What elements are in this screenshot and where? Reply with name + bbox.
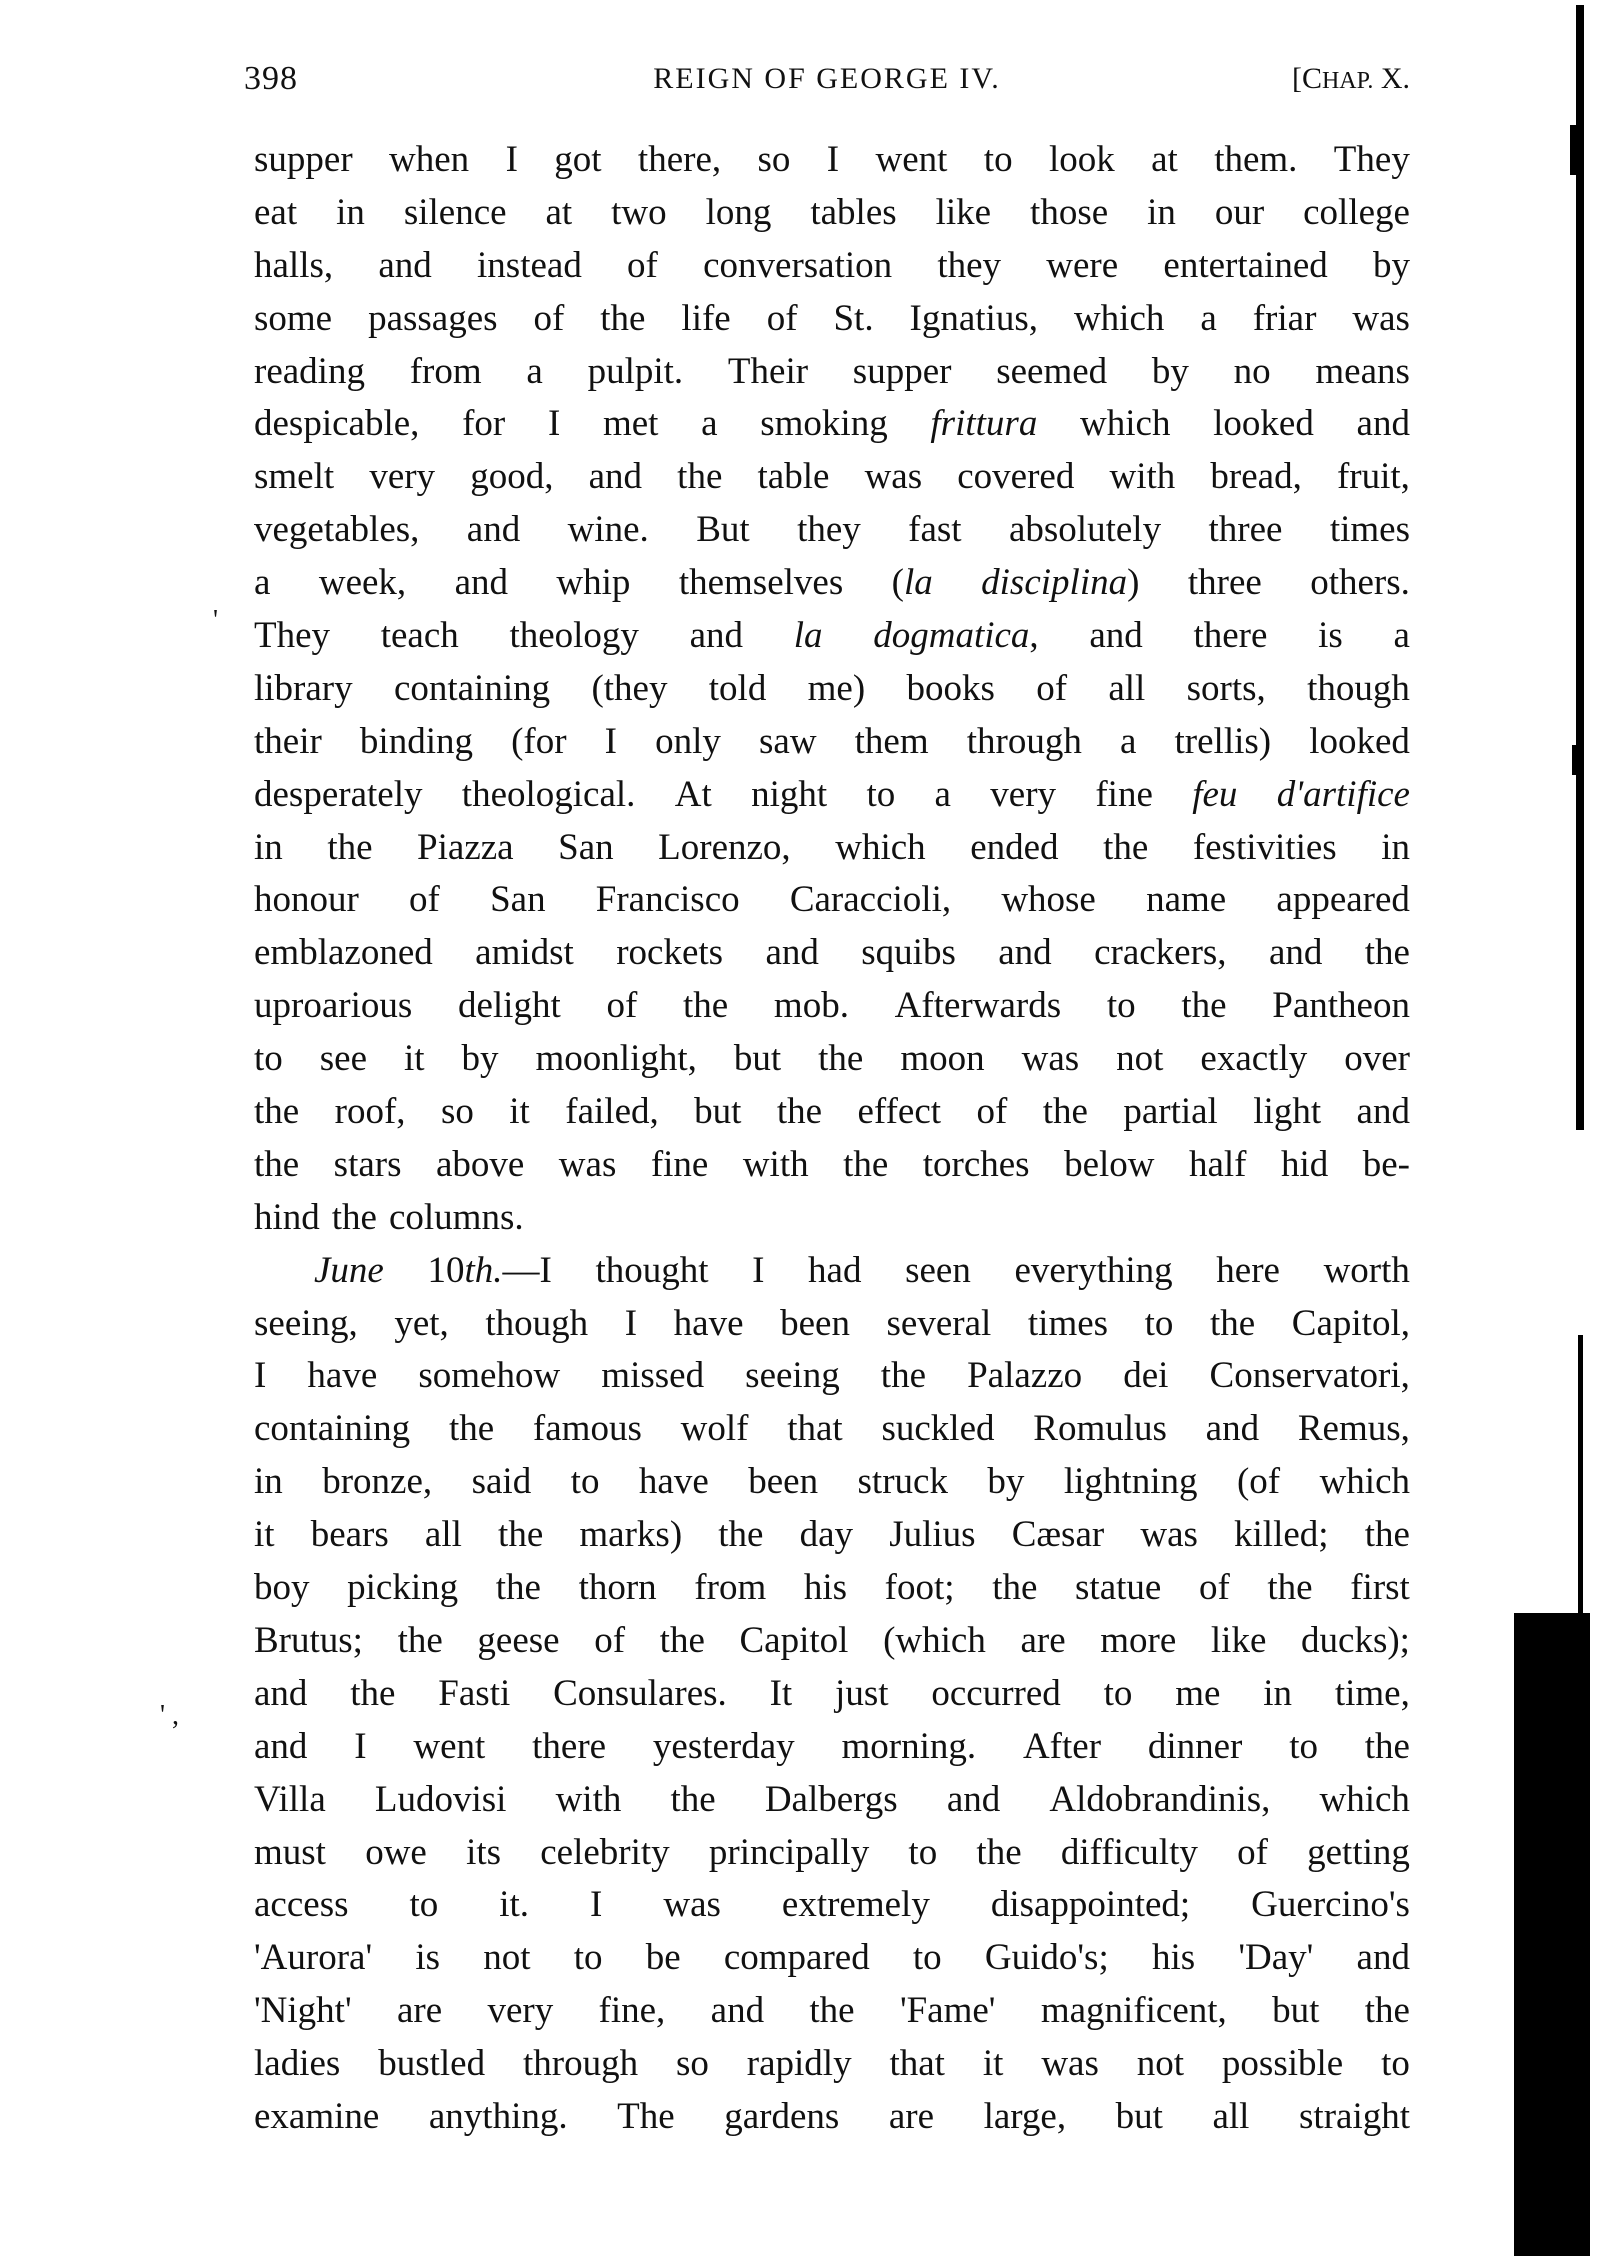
word: supper bbox=[853, 346, 952, 399]
word: which bbox=[1319, 1774, 1409, 1827]
text-line: inbronze,saidtohavebeenstruckbylightning… bbox=[254, 1456, 1410, 1509]
word: met bbox=[603, 398, 658, 451]
word: seemed bbox=[996, 346, 1107, 399]
word: the bbox=[818, 1033, 863, 1086]
word: the bbox=[992, 1562, 1037, 1615]
word: there, bbox=[638, 134, 721, 187]
word: with bbox=[743, 1139, 809, 1192]
word: I bbox=[605, 716, 617, 769]
word: appeared bbox=[1276, 874, 1410, 927]
word: to bbox=[913, 1932, 942, 1985]
word: the bbox=[677, 451, 722, 504]
word: rapidly bbox=[747, 2038, 852, 2091]
word: to bbox=[574, 1932, 603, 1985]
word: I bbox=[254, 1350, 266, 1403]
word: squibs bbox=[861, 927, 956, 980]
word: the bbox=[843, 1139, 888, 1192]
word: and bbox=[1269, 927, 1322, 980]
word: seeing, bbox=[254, 1298, 358, 1351]
word: the bbox=[350, 1668, 395, 1721]
word: extremely bbox=[782, 1879, 930, 1932]
word: Conservatori, bbox=[1210, 1350, 1410, 1403]
word: Capitol, bbox=[1292, 1298, 1410, 1351]
word: long bbox=[706, 187, 772, 240]
word: whip bbox=[556, 557, 630, 610]
word: of bbox=[976, 1086, 1007, 1139]
word: thorn bbox=[579, 1562, 657, 1615]
margin-mark: ' , bbox=[160, 1700, 179, 1732]
word: hind bbox=[254, 1192, 320, 1245]
word: San bbox=[558, 822, 614, 875]
word: Lorenzo, bbox=[658, 822, 791, 875]
word: went bbox=[875, 134, 947, 187]
word: them bbox=[855, 716, 929, 769]
text-line: seeing,yet,thoughIhavebeenseveraltimesto… bbox=[254, 1298, 1410, 1351]
word: to bbox=[908, 1827, 937, 1880]
word: saw bbox=[759, 716, 817, 769]
text-line: emblazonedamidstrocketsandsquibsandcrack… bbox=[254, 927, 1410, 980]
word: Palazzo bbox=[967, 1350, 1082, 1403]
word: been bbox=[780, 1298, 850, 1351]
text-line: hindthecolumns. bbox=[254, 1192, 1410, 1245]
word: trellis) bbox=[1175, 716, 1272, 769]
word: killed; bbox=[1234, 1509, 1329, 1562]
word: (they bbox=[591, 663, 667, 716]
word: desperately bbox=[254, 769, 422, 822]
word: night bbox=[751, 769, 827, 822]
page-body-text: supperwhenIgotthere,soIwenttolookatthem.… bbox=[254, 134, 1410, 2144]
word: very bbox=[990, 769, 1056, 822]
word: hid bbox=[1281, 1139, 1328, 1192]
word: fruit, bbox=[1337, 451, 1410, 504]
word: possible bbox=[1222, 2038, 1343, 2091]
word: of bbox=[594, 1615, 625, 1668]
word: wine. bbox=[568, 504, 649, 557]
word: but bbox=[734, 1033, 781, 1086]
word: partial bbox=[1123, 1086, 1218, 1139]
word: of bbox=[1036, 663, 1067, 716]
word: and bbox=[947, 1774, 1000, 1827]
word: rockets bbox=[616, 927, 723, 980]
word: to bbox=[1289, 1721, 1318, 1774]
word: was bbox=[663, 1879, 721, 1932]
chapter-bracket: [C bbox=[1292, 62, 1322, 95]
word: Their bbox=[728, 346, 808, 399]
word: (la bbox=[892, 557, 933, 610]
word: like bbox=[936, 187, 991, 240]
word: several bbox=[887, 1298, 992, 1351]
text-line: 'Night'areveryfine,andthe'Fame'magnifice… bbox=[254, 1985, 1410, 2038]
word: suckled bbox=[881, 1403, 994, 1456]
word: a bbox=[526, 346, 542, 399]
text-line: andtheFastiConsulares.Itjustoccurredtome… bbox=[254, 1668, 1410, 1721]
word: After bbox=[1023, 1721, 1101, 1774]
word: the bbox=[1103, 822, 1148, 875]
word: no bbox=[1234, 346, 1271, 399]
word: disappointed; bbox=[991, 1879, 1190, 1932]
word: principally bbox=[709, 1827, 869, 1880]
word: geese bbox=[477, 1615, 559, 1668]
text-line: examineanything.Thegardensarelarge,butal… bbox=[254, 2091, 1410, 2144]
word: the bbox=[1210, 1298, 1255, 1351]
word: but bbox=[1272, 1985, 1319, 2038]
word: here bbox=[1216, 1245, 1280, 1298]
text-line: librarycontaining(theytoldme)booksofalls… bbox=[254, 663, 1410, 716]
word: moonlight, bbox=[536, 1033, 697, 1086]
word: been bbox=[748, 1456, 818, 1509]
text-line: boypickingthethornfromhisfoot;thestatueo… bbox=[254, 1562, 1410, 1615]
word: have bbox=[639, 1456, 709, 1509]
word: the bbox=[683, 980, 728, 1033]
word: 10th.—I bbox=[427, 1245, 551, 1298]
word: and bbox=[1357, 1086, 1410, 1139]
word: see bbox=[320, 1033, 367, 1086]
chapter-smallcaps: HAP. bbox=[1322, 68, 1373, 94]
word: and bbox=[378, 240, 431, 293]
word: getting bbox=[1307, 1827, 1410, 1880]
word: roof, bbox=[335, 1086, 406, 1139]
word: compared bbox=[724, 1932, 870, 1985]
word: and bbox=[1206, 1403, 1259, 1456]
word: two bbox=[611, 187, 667, 240]
word: not bbox=[483, 1932, 530, 1985]
word: everything bbox=[1014, 1245, 1172, 1298]
word: a bbox=[254, 557, 270, 610]
word: his bbox=[804, 1562, 847, 1615]
word: feu bbox=[1192, 769, 1237, 822]
word: lightning bbox=[1064, 1456, 1198, 1509]
word: there bbox=[532, 1721, 606, 1774]
word: from bbox=[694, 1562, 766, 1615]
word: Guercino's bbox=[1251, 1879, 1410, 1932]
text-line: desperatelytheological.Atnighttoaveryfin… bbox=[254, 769, 1410, 822]
word: though bbox=[485, 1298, 588, 1351]
word: our bbox=[1215, 187, 1264, 240]
word: a bbox=[1120, 716, 1136, 769]
word: themselves bbox=[679, 557, 843, 610]
word: supper bbox=[254, 134, 353, 187]
word: a bbox=[1394, 610, 1410, 663]
word: it bbox=[509, 1086, 530, 1139]
word: very bbox=[369, 451, 435, 504]
word: whose bbox=[1001, 874, 1096, 927]
word: I bbox=[827, 134, 839, 187]
word: have bbox=[307, 1350, 377, 1403]
word: amidst bbox=[475, 927, 574, 980]
word: missed bbox=[601, 1350, 704, 1403]
word: la bbox=[794, 610, 823, 663]
word: the bbox=[600, 293, 645, 346]
word: the bbox=[254, 1086, 299, 1139]
text-line: mustoweitscelebrityprincipallytothediffi… bbox=[254, 1827, 1410, 1880]
word: their bbox=[254, 716, 322, 769]
word: by bbox=[1373, 240, 1410, 293]
text-line: 'Aurora'isnottobecomparedtoGuido's;his'D… bbox=[254, 1932, 1410, 1985]
word: only bbox=[655, 716, 721, 769]
word: which bbox=[835, 822, 925, 875]
word: I bbox=[752, 1245, 764, 1298]
word: Ignatius, bbox=[910, 293, 1038, 346]
chapter-label: [CHAP. X. bbox=[1292, 62, 1410, 96]
word: access bbox=[254, 1879, 349, 1932]
word: I bbox=[590, 1879, 602, 1932]
word: Piazza bbox=[417, 822, 514, 875]
word: times bbox=[1028, 1298, 1108, 1351]
word: told bbox=[709, 663, 767, 716]
text-line: accesstoit.Iwasextremelydisappointed;Gue… bbox=[254, 1879, 1410, 1932]
word: they bbox=[937, 240, 1001, 293]
word: to bbox=[254, 1033, 283, 1086]
word: vegetables, bbox=[254, 504, 419, 557]
word: good, bbox=[470, 451, 553, 504]
word: eat bbox=[254, 187, 297, 240]
word: it. bbox=[499, 1879, 529, 1932]
word: honour bbox=[254, 874, 359, 927]
word: the bbox=[496, 1562, 541, 1615]
word: binding bbox=[360, 716, 473, 769]
chapter-numeral: X. bbox=[1373, 62, 1410, 95]
word: festivities bbox=[1193, 822, 1337, 875]
word: his bbox=[1152, 1932, 1195, 1985]
word: large, bbox=[984, 2091, 1067, 2144]
word: somehow bbox=[418, 1350, 560, 1403]
word: in bbox=[336, 187, 365, 240]
word: are bbox=[397, 1985, 442, 2038]
word: those bbox=[1030, 187, 1108, 240]
word: teach bbox=[381, 610, 459, 663]
word: Consulares. bbox=[553, 1668, 727, 1721]
word: Ludovisi bbox=[375, 1774, 507, 1827]
word: instead bbox=[477, 240, 582, 293]
word: by bbox=[1152, 346, 1189, 399]
word: to bbox=[1107, 980, 1136, 1033]
text-line: itbearsallthemarks)thedayJuliusCæsarwask… bbox=[254, 1509, 1410, 1562]
word: through bbox=[967, 716, 1082, 769]
word: the bbox=[1365, 1721, 1410, 1774]
word: Guido's; bbox=[985, 1932, 1109, 1985]
word: in bbox=[254, 1456, 283, 1509]
word: for bbox=[462, 398, 505, 451]
word: that bbox=[889, 2038, 944, 2091]
word: but bbox=[694, 1086, 741, 1139]
word: week, bbox=[319, 557, 406, 610]
word: not bbox=[1137, 2038, 1184, 2091]
word: Julius bbox=[889, 1509, 975, 1562]
word: when bbox=[389, 134, 469, 187]
word: uproarious bbox=[254, 980, 412, 1033]
word: at bbox=[1151, 134, 1178, 187]
word: Afterwards bbox=[895, 980, 1061, 1033]
text-line: uproariousdelightofthemob.Afterwardstoth… bbox=[254, 980, 1410, 1033]
word: wolf bbox=[681, 1403, 749, 1456]
word: which bbox=[1320, 1456, 1410, 1509]
word: Villa bbox=[254, 1774, 326, 1827]
text-line: supperwhenIgotthere,soIwenttolookatthem.… bbox=[254, 134, 1410, 187]
word: them. bbox=[1214, 134, 1297, 187]
word: of bbox=[409, 874, 440, 927]
word: had bbox=[808, 1245, 861, 1298]
word: Dalbergs bbox=[765, 1774, 898, 1827]
word: theology bbox=[509, 610, 638, 663]
word: despicable, bbox=[254, 398, 419, 451]
word: thought bbox=[595, 1245, 708, 1298]
word: is bbox=[415, 1932, 440, 1985]
word: Caraccioli, bbox=[790, 874, 951, 927]
word: at bbox=[546, 187, 573, 240]
word: and bbox=[455, 557, 508, 610]
word: books bbox=[907, 663, 995, 716]
word: Francisco bbox=[596, 874, 740, 927]
word: celebrity bbox=[540, 1827, 669, 1880]
word: the bbox=[1181, 980, 1226, 1033]
word: dei bbox=[1123, 1350, 1168, 1403]
word: so bbox=[441, 1086, 474, 1139]
word: but bbox=[1116, 2091, 1163, 2144]
word: exactly bbox=[1200, 1033, 1307, 1086]
word: by bbox=[987, 1456, 1024, 1509]
word: containing bbox=[254, 1403, 410, 1456]
word: effect bbox=[858, 1086, 942, 1139]
word: looked bbox=[1213, 398, 1314, 451]
word: time, bbox=[1335, 1668, 1410, 1721]
word: smelt bbox=[254, 451, 334, 504]
word: examine bbox=[254, 2091, 379, 2144]
word: which bbox=[1074, 293, 1164, 346]
word: struck bbox=[858, 1456, 948, 1509]
word: college bbox=[1303, 187, 1410, 240]
word: failed, bbox=[565, 1086, 658, 1139]
text-line: smeltverygood,andthetablewascoveredwithb… bbox=[254, 451, 1410, 504]
word: half bbox=[1189, 1139, 1247, 1192]
word: not bbox=[1116, 1033, 1163, 1086]
word: gardens bbox=[724, 2091, 839, 2144]
word: times bbox=[1330, 504, 1410, 557]
word: stars bbox=[334, 1139, 402, 1192]
text-line: containingthefamouswolfthatsuckledRomulu… bbox=[254, 1403, 1410, 1456]
word: with bbox=[1109, 451, 1175, 504]
word: me) bbox=[808, 663, 866, 716]
word: famous bbox=[533, 1403, 642, 1456]
word: said bbox=[472, 1456, 532, 1509]
margin-mark: ' bbox=[213, 605, 218, 637]
word: (of bbox=[1237, 1456, 1280, 1509]
word: to bbox=[1145, 1298, 1174, 1351]
word: the bbox=[976, 1827, 1021, 1880]
word: of bbox=[767, 293, 798, 346]
word: it bbox=[983, 2038, 1004, 2091]
word: the bbox=[881, 1350, 926, 1403]
word: the bbox=[254, 1139, 299, 1192]
word: reading bbox=[254, 346, 365, 399]
word: The bbox=[617, 2091, 675, 2144]
text-line: eatinsilenceattwolongtableslikethoseinou… bbox=[254, 187, 1410, 240]
word: went bbox=[413, 1721, 485, 1774]
text-line: andIwentthereyesterdaymorning.Afterdinne… bbox=[254, 1721, 1410, 1774]
word: of bbox=[1199, 1562, 1230, 1615]
word: 'Day' bbox=[1238, 1932, 1313, 1985]
word: It bbox=[770, 1668, 793, 1721]
word: containing bbox=[394, 663, 550, 716]
word: covered bbox=[957, 451, 1074, 504]
word: though bbox=[1307, 663, 1410, 716]
word: San bbox=[490, 874, 546, 927]
word: bread, bbox=[1210, 451, 1301, 504]
word: of bbox=[627, 240, 658, 293]
word: so bbox=[758, 134, 791, 187]
word: look bbox=[1049, 134, 1115, 187]
word: foot; bbox=[885, 1562, 955, 1615]
word: and bbox=[1089, 610, 1142, 663]
word: must bbox=[254, 1827, 326, 1880]
word: conversation bbox=[703, 240, 892, 293]
word: boy bbox=[254, 1562, 310, 1615]
word: yesterday bbox=[653, 1721, 795, 1774]
word: yet, bbox=[394, 1298, 448, 1351]
word: fine bbox=[1095, 769, 1153, 822]
word: and bbox=[254, 1721, 307, 1774]
word: ladies bbox=[254, 2038, 340, 2091]
word: owe bbox=[365, 1827, 427, 1880]
text-line: theroof,soitfailed,buttheeffectofthepart… bbox=[254, 1086, 1410, 1139]
word: life bbox=[681, 293, 730, 346]
word: the bbox=[1365, 1985, 1410, 2038]
word: name bbox=[1146, 874, 1226, 927]
text-line: vegetables,andwine.Buttheyfastabsolutely… bbox=[254, 504, 1410, 557]
word: I bbox=[354, 1721, 366, 1774]
word: to bbox=[984, 134, 1013, 187]
text-line: toseeitbymoonlight,butthemoonwasnotexact… bbox=[254, 1033, 1410, 1086]
word: disciplina) bbox=[981, 557, 1139, 610]
word: is bbox=[1318, 610, 1343, 663]
word: the bbox=[1267, 1562, 1312, 1615]
word: below bbox=[1064, 1139, 1154, 1192]
word: got bbox=[554, 134, 601, 187]
word: its bbox=[466, 1827, 501, 1880]
word: a bbox=[1200, 293, 1216, 346]
word: the bbox=[327, 822, 372, 875]
word: table bbox=[758, 451, 830, 504]
word: and bbox=[589, 451, 642, 504]
word: by bbox=[462, 1033, 499, 1086]
word: some bbox=[254, 293, 332, 346]
word: were bbox=[1046, 240, 1118, 293]
word: the bbox=[660, 1615, 705, 1668]
word: emblazoned bbox=[254, 927, 433, 980]
word: occurred bbox=[931, 1668, 1060, 1721]
word: magnificent, bbox=[1041, 1985, 1227, 2038]
word: the bbox=[398, 1615, 443, 1668]
word: all bbox=[1212, 2091, 1249, 2144]
word: the bbox=[1365, 927, 1410, 980]
word: dogmatica, bbox=[873, 610, 1038, 663]
word: and bbox=[1357, 1932, 1410, 1985]
word: anything. bbox=[429, 2091, 568, 2144]
word: (for bbox=[511, 716, 566, 769]
word: three bbox=[1208, 504, 1282, 557]
word: like bbox=[1211, 1615, 1266, 1668]
word: all bbox=[1108, 663, 1145, 716]
word: of bbox=[533, 293, 564, 346]
word: library bbox=[254, 663, 353, 716]
word: to bbox=[409, 1879, 438, 1932]
word: a bbox=[935, 769, 951, 822]
word: sorts, bbox=[1187, 663, 1266, 716]
page-binding-edge bbox=[1574, 5, 1585, 2256]
word: and bbox=[467, 504, 520, 557]
word: of bbox=[606, 980, 637, 1033]
word: was bbox=[1140, 1509, 1198, 1562]
word: of bbox=[1237, 1827, 1268, 1880]
